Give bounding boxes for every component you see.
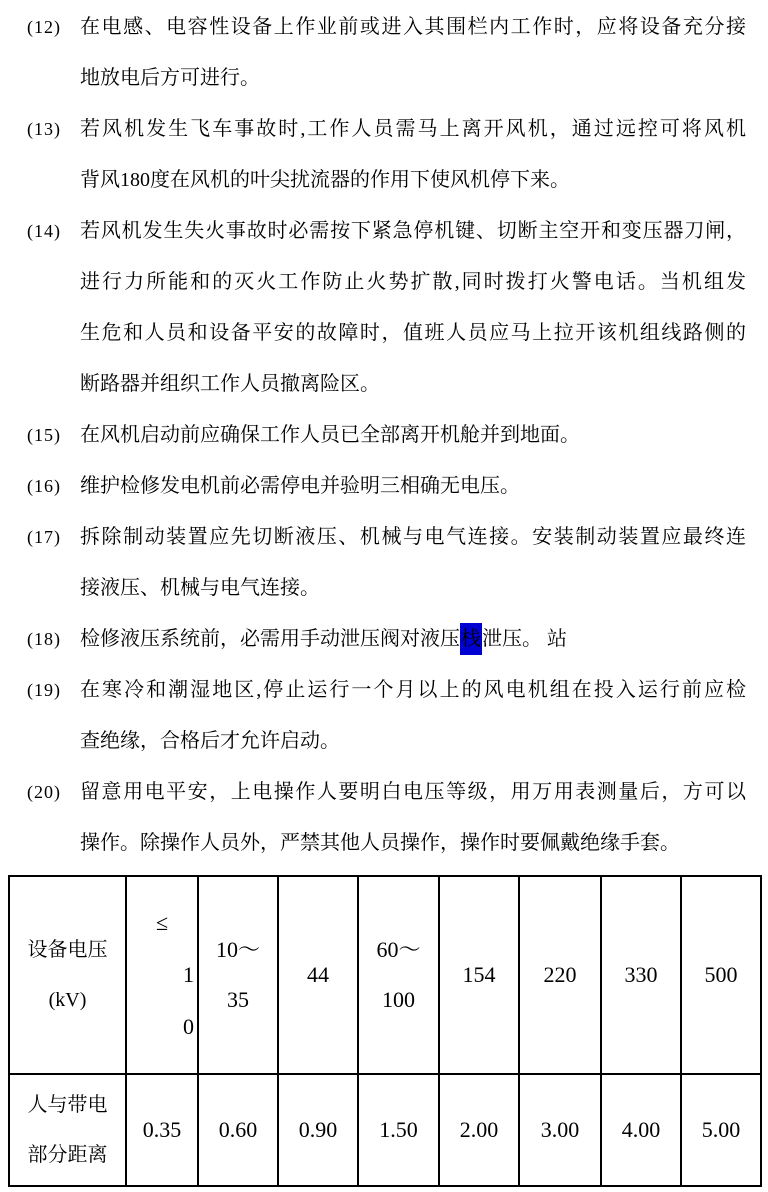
table-cell-3-00: 3.00 [519, 1074, 601, 1186]
cell-line: 10～ [199, 925, 277, 975]
list-line: 接液压、机械与电气连接。 [0, 563, 768, 614]
cell-line: 0 [127, 1001, 197, 1053]
cell-line: 330 [602, 950, 680, 1000]
table-cell-5-00: 5.00 [681, 1074, 761, 1186]
line-text: 若风机发生飞车事故时,工作人员需马上离开风机，通过远控可将风机 [80, 118, 746, 140]
cell-line: ≤ [127, 897, 197, 949]
list-line: 生危和人员和设备平安的故障时，值班人员应马上拉开该机组线路侧的 [0, 308, 768, 359]
list-line: 查绝缘，合格后才允许启动。 [0, 716, 768, 767]
line-text: 接液压、机械与电气连接。 [80, 577, 320, 599]
list-line: (15) 在风机启动前应确保工作人员已全部离开机舱并到地面。 [0, 410, 768, 461]
line-text: 生危和人员和设备平安的故障时，值班人员应马上拉开该机组线路侧的 [80, 322, 746, 344]
cell-line: 0.35 [127, 1105, 197, 1155]
item-number: (15) [27, 410, 61, 461]
voltage-clearance-table: 设备电压 (kV) ≤ 1 0 10～ 35 44 60～ 100 [8, 875, 762, 1187]
table-cell-0-90: 0.90 [278, 1074, 358, 1186]
item-number: (17) [27, 512, 61, 563]
cell-line: 100 [359, 975, 438, 1025]
line-text: 查绝缘，合格后才允许启动。 [80, 730, 340, 752]
list-line: (20) 留意用电平安，上电操作人要明白电压等级，用万用表测量后，方可以 [0, 767, 768, 818]
list-line: (12) 在电感、电容性设备上作业前或进入其围栏内工作时，应将设备充分接 [0, 2, 768, 53]
table-cell-60-100: 60～ 100 [358, 876, 439, 1074]
table-cell-220: 220 [519, 876, 601, 1074]
table-cell-44: 44 [278, 876, 358, 1074]
item-number: (12) [27, 2, 61, 53]
table-header-row: 设备电压 (kV) ≤ 1 0 10～ 35 44 60～ 100 [9, 876, 761, 1074]
list-line: (13) 若风机发生飞车事故时,工作人员需马上离开风机，通过远控可将风机 [0, 104, 768, 155]
item-number: (14) [27, 206, 61, 257]
safety-procedure-list: (12) 在电感、电容性设备上作业前或进入其围栏内工作时，应将设备充分接 地放电… [0, 0, 768, 869]
cell-line: 0.90 [279, 1105, 357, 1155]
table-cell-4-00: 4.00 [601, 1074, 681, 1186]
cell-line: 1 [127, 949, 197, 1001]
list-line: 进行力所能和的灭火工作防止火势扩散,同时拨打火警电话。当机组发 [0, 257, 768, 308]
cell-line: 5.00 [682, 1105, 760, 1155]
list-line: (18) 检修液压系统前，必需用手动泄压阀对液压栈泄压。 站 [0, 614, 768, 665]
line-text-after-highlight: 泄压。 站 [482, 628, 567, 650]
table-cell-2-00: 2.00 [439, 1074, 519, 1186]
cell-line: 人与带电 [10, 1080, 125, 1130]
list-line: 操作。除操作人员外，严禁其他人员操作，操作时要佩戴绝缘手套。 [0, 818, 768, 869]
cell-line: 1.50 [359, 1105, 438, 1155]
table-cell-154: 154 [439, 876, 519, 1074]
list-line: 断路器并组织工作人员撤离险区。 [0, 359, 768, 410]
line-text: 拆除制动装置应先切断液压、机械与电气连接。安装制动装置应最终连 [80, 526, 746, 548]
table-cell-0-35: 0.35 [126, 1074, 198, 1186]
table-cell-equipment-voltage: 设备电压 (kV) [9, 876, 126, 1074]
line-text: 维护检修发电机前必需停电并验明三相确无电压。 [80, 475, 520, 497]
cell-line: 220 [520, 950, 600, 1000]
item-number: (13) [27, 104, 61, 155]
cell-line: (kV) [10, 975, 125, 1025]
item-number: (20) [27, 767, 61, 818]
cell-line: 60～ [359, 925, 438, 975]
cell-line: 部分距离 [10, 1130, 125, 1180]
highlighted-selected-char: 栈 [460, 623, 482, 655]
table-cell-330: 330 [601, 876, 681, 1074]
table-cell-0-60: 0.60 [198, 1074, 278, 1186]
line-text: 在电感、电容性设备上作业前或进入其围栏内工作时，应将设备充分接 [80, 16, 746, 38]
cell-line: 3.00 [520, 1105, 600, 1155]
item-number: (18) [27, 614, 61, 665]
list-line: (16) 维护检修发电机前必需停电并验明三相确无电压。 [0, 461, 768, 512]
table-cell-1-50: 1.50 [358, 1074, 439, 1186]
table-cell-10-35: 10～ 35 [198, 876, 278, 1074]
list-line: 背风180度在风机的叶尖扰流器的作用下使风机停下来。 [0, 155, 768, 206]
cell-line: 154 [440, 950, 518, 1000]
list-line: 地放电后方可进行。 [0, 53, 768, 104]
table-value-row: 人与带电 部分距离 0.35 0.60 0.90 1.50 2.00 [9, 1074, 761, 1186]
table-cell-500: 500 [681, 876, 761, 1074]
list-line: (19) 在寒冷和潮湿地区,停止运行一个月以上的风电机组在投入运行前应检 [0, 665, 768, 716]
document-page: (12) 在电感、电容性设备上作业前或进入其围栏内工作时，应将设备充分接 地放电… [0, 0, 768, 1192]
list-line: (14) 若风机发生失火事故时必需按下紧急停机键、切断主空开和变压器刀闸， [0, 206, 768, 257]
table-cell-le-10: ≤ 1 0 [126, 876, 198, 1074]
cell-line: 44 [279, 950, 357, 1000]
line-text: 地放电后方可进行。 [80, 67, 260, 89]
line-text: 在风机启动前应确保工作人员已全部离开机舱并到地面。 [80, 424, 580, 446]
line-text: 操作。除操作人员外，严禁其他人员操作，操作时要佩戴绝缘手套。 [80, 832, 680, 854]
line-text-before-highlight: 检修液压系统前，必需用手动泄压阀对液压 [80, 628, 460, 650]
item-number: (16) [27, 461, 61, 512]
cell-line: 500 [682, 950, 760, 1000]
cell-line: 4.00 [602, 1105, 680, 1155]
line-text: 断路器并组织工作人员撤离险区。 [80, 373, 380, 395]
cell-line: 35 [199, 975, 277, 1025]
line-text: 背风180度在风机的叶尖扰流器的作用下使风机停下来。 [80, 169, 570, 191]
item-number: (19) [27, 665, 61, 716]
cell-line: 2.00 [440, 1105, 518, 1155]
line-text: 若风机发生失火事故时必需按下紧急停机键、切断主空开和变压器刀闸， [80, 220, 746, 242]
voltage-clearance-table-wrapper: 设备电压 (kV) ≤ 1 0 10～ 35 44 60～ 100 [8, 875, 768, 1187]
cell-line: 设备电压 [10, 925, 125, 975]
line-text: 在寒冷和潮湿地区,停止运行一个月以上的风电机组在投入运行前应检 [80, 679, 746, 701]
line-text: 进行力所能和的灭火工作防止火势扩散,同时拨打火警电话。当机组发 [80, 271, 746, 293]
line-text: 留意用电平安，上电操作人要明白电压等级，用万用表测量后，方可以 [80, 781, 746, 803]
table-cell-distance-label: 人与带电 部分距离 [9, 1074, 126, 1186]
list-line: (17) 拆除制动装置应先切断液压、机械与电气连接。安装制动装置应最终连 [0, 512, 768, 563]
cell-line: 0.60 [199, 1105, 277, 1155]
